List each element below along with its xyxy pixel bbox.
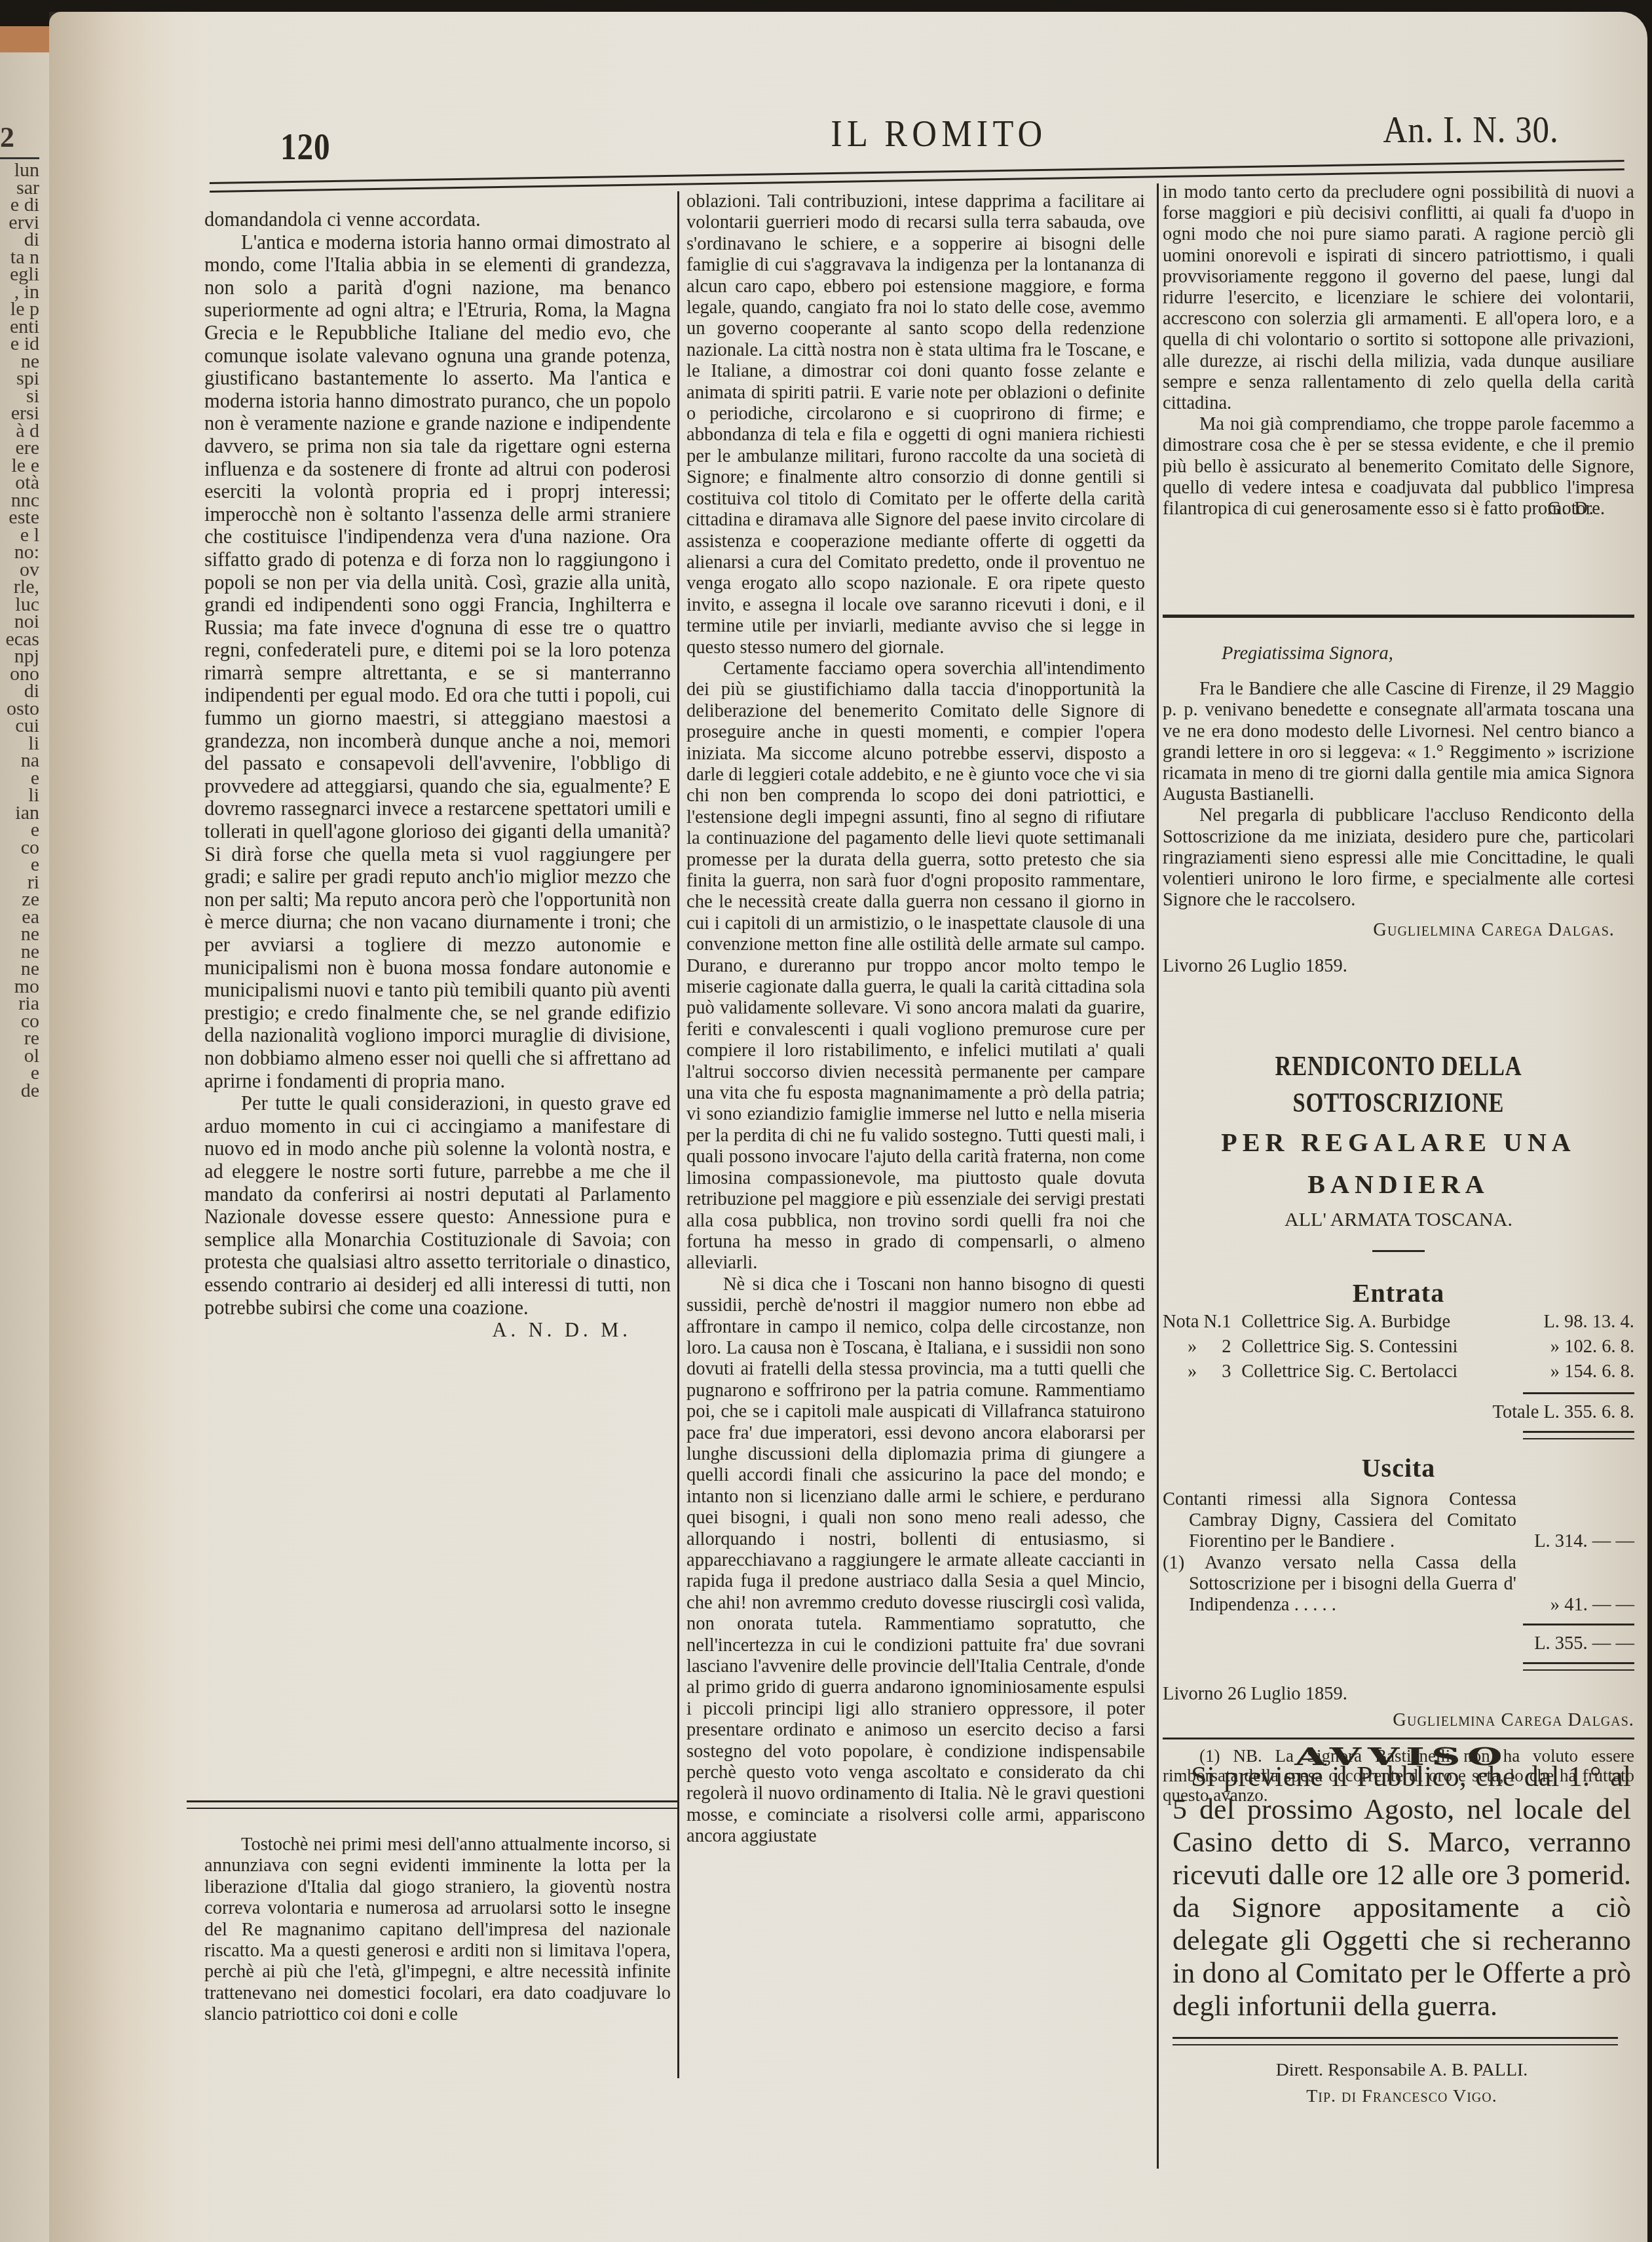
page-gutter-shadow [49,12,174,2242]
entrata-total: Totale L. 355. 6. 8. [1163,1399,1634,1426]
column-rule-1 [677,191,679,2078]
entrata-table: Nota N. 1 Collettrice Sig. A. Burbidge L… [1163,1310,1634,1384]
entrata-amount: » 154. 6. 8. [1518,1359,1634,1384]
entrata-prefix: Nota N. [1163,1310,1222,1335]
uscita-amount: L. 314. — — [1516,1531,1634,1552]
article1-paragraph: Per tutte le quali considerazioni, in qu… [204,1092,671,1319]
uscita-description: Contanti rimessi alla Signora Contessa C… [1163,1489,1516,1553]
subscription-report: RENDICONTO DELLA SOTTOSCRIZIONE PER REGA… [1163,1048,1634,1805]
article1-paragraph: L'antica e moderna istoria hanno ormai d… [204,231,671,1093]
uscita-total-rule [1523,1662,1634,1671]
notice-bottom-rule [1173,2037,1618,2045]
article2-paragraph: Tostochè nei primi mesi dell'anno attual… [204,1834,671,2026]
letter-place-date: Livorno 26 Luglio 1859. [1163,956,1634,977]
letter-salutation: Pregiatissima Signora, [1163,643,1634,664]
entrata-prefix: » [1163,1335,1222,1359]
entrata-row: » 3 Collettrice Sig. C. Bertolacci » 154… [1163,1359,1634,1384]
imprint-director: Dirett. Responsabile A. B. PALLI. [1173,2057,1631,2083]
page-number: 120 [280,124,331,168]
column-1-article2: Tostochè nei primi mesi dell'anno attual… [204,1834,671,2026]
masthead-title: IL ROMITO [831,111,1047,155]
entrata-row: » 2 Collettrice Sig. S. Contessini » 102… [1163,1335,1634,1359]
report-title-line1: RENDICONTO DELLA SOTTOSCRIZIONE [1205,1048,1592,1122]
notice-body: Si previene il Pubblico, che dal 1.° al … [1173,1760,1631,2023]
letter-signature: Guglielmina Carega Dalgas. [1163,920,1634,941]
column-rule-2 [1157,183,1159,2169]
previous-page-line-fragment: de [0,1082,39,1100]
article-separator-rule [187,1800,678,1809]
article1-paragraph: domandandola ci venne accordata. [204,208,671,231]
entrata-subtotal-rule [1523,1392,1634,1394]
report-title-line2: PER REGALARE UNA BANDIERA [1163,1122,1634,1206]
issue-number: An. I. N. 30. [1383,107,1559,151]
section-rule [1163,615,1634,618]
column-2: oblazioni. Tali contribuzioni, intese da… [686,191,1145,1848]
letter-paragraph: Nel pregarla di pubblicare l'accluso Ren… [1163,805,1634,911]
article2-continuation: oblazioni. Tali contribuzioni, intese da… [686,191,1145,658]
uscita-heading: Uscita [1163,1453,1634,1484]
notice-section: AVVISO Si previene il Pubblico, che dal … [1173,1746,1631,2110]
entrata-total-rule [1523,1431,1634,1439]
uscita-row: Contanti rimessi alla Signora Contessa C… [1163,1489,1634,1553]
entrata-prefix: » [1163,1359,1222,1384]
entrata-amount: » 102. 6. 8. [1518,1335,1634,1359]
entrata-number: 2 [1222,1335,1241,1359]
entrata-description: Collettrice Sig. C. Bertolacci [1241,1359,1518,1384]
letter-section: Pregiatissima Signora, Fra le Bandiere c… [1163,643,1634,977]
column-3: in modo tanto certo da precludere ogni p… [1163,182,1634,520]
previous-page-text: lunsare diervidita negli, inle pentie id… [0,162,39,1099]
page-header: 120 IL ROMITO An. I. N. 30. [197,111,1559,157]
uscita-amount: » 41. — — [1516,1595,1634,1616]
previous-page-number: 2 [0,118,39,159]
report-title-line3: ALL' ARMATA TOSCANA. [1163,1206,1634,1234]
uscita-subtotal-rule [1523,1624,1634,1625]
section-rule [1163,1738,1634,1739]
entrata-heading: Entrata [1163,1277,1634,1310]
article2-end-paragraph: in modo tanto certo da precludere ogni p… [1163,182,1634,414]
article2-paragraph: Nè si dica che i Toscani non hanno bisog… [686,1274,1145,1848]
entrata-number: 1 [1222,1310,1241,1335]
report-title-rule [1372,1250,1425,1252]
entrata-amount: L. 98. 13. 4. [1518,1310,1634,1335]
entrata-description: Collettrice Sig. S. Contessini [1241,1335,1518,1359]
entrata-description: Collettrice Sig. A. Burbidge [1241,1310,1518,1335]
previous-page-edge: 2 lunsare diervidita negli, inle pentie … [0,118,39,2214]
uscita-row: (1) Avanzo versato nella Cassa della Sot… [1163,1553,1634,1616]
column-1: domandandola ci venne accordata. L'antic… [204,208,671,1342]
uscita-total: L. 355. — — [1163,1631,1634,1657]
notice-title: AVVISO [1173,1750,1631,1762]
report-signature: Guglielmina Carega Dalgas. [1163,1710,1634,1731]
entrata-number: 3 [1222,1359,1241,1384]
entrata-row: Nota N. 1 Collettrice Sig. A. Burbidge L… [1163,1310,1634,1335]
article2-paragraph: Certamente facciamo opera soverchia all'… [686,658,1145,1274]
uscita-description: (1) Avanzo versato nella Cassa della Sot… [1163,1553,1516,1616]
article1-signature: A. N. D. M. [204,1319,671,1342]
report-place-date: Livorno 26 Luglio 1859. [1163,1684,1634,1705]
letter-paragraph: Fra le Bandiere che alle Cascine di Fire… [1163,679,1634,805]
imprint-printer: Tip. di Francesco Vigo. [1173,2083,1631,2110]
